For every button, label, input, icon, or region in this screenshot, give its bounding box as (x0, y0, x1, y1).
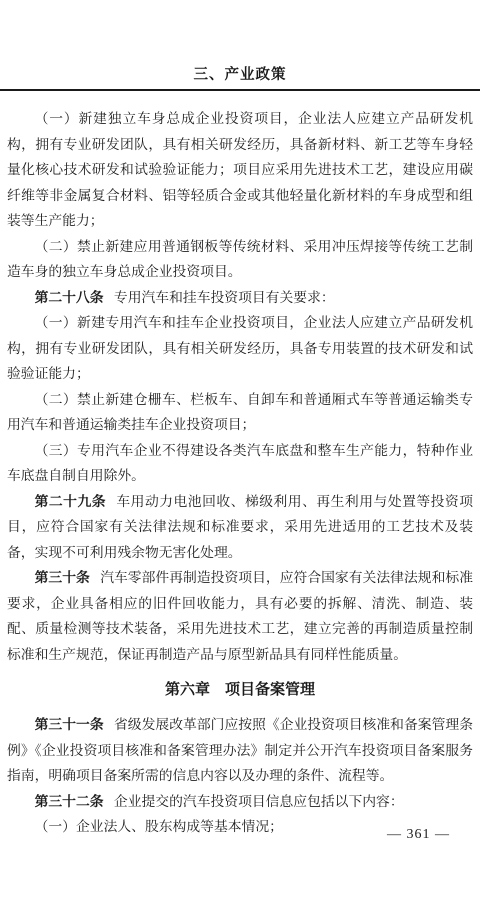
page-footer: — 361 — (387, 827, 450, 843)
paragraph: 第三十条汽车零部件再制造投资项目，应符合国家有关法律法规和标准要求，企业具备相应… (7, 565, 473, 667)
article-number: 第三十二条 (35, 794, 104, 809)
paragraph: （二）禁止新建应用普通钢板等传统材料、采用冲压焊接等传统工艺制造车身的独立车身总… (7, 234, 473, 285)
paragraph: （一）新建专用汽车和挂车企业投资项目，企业法人应建立产品研发机构，拥有专业研发团… (7, 310, 473, 387)
paragraph: 第三十一条省级发展改革部门应按照《企业投资项目核准和备案管理条例》《企业投资项目… (7, 712, 473, 789)
article-number: 第三十一条 (35, 717, 104, 732)
paragraph: （一）新建独立车身总成企业投资项目，企业法人应建立产品研发机构，拥有专业研发团队… (7, 106, 473, 234)
paragraph: 第二十八条专用汽车和挂车投资项目有关要求： (7, 285, 473, 311)
document-body: （一）新建独立车身总成企业投资项目，企业法人应建立产品研发机构，拥有专业研发团队… (0, 106, 480, 840)
paragraph: （三）专用汽车企业不得建设各类汽车底盘和整车生产能力，特种作业车底盘自制自用除外… (7, 438, 473, 489)
document-page: 三、产业政策 （一）新建独立车身总成企业投资项目，企业法人应建立产品研发机构，拥… (0, 0, 480, 906)
page-number: — 361 — (387, 827, 450, 843)
paragraph: （二）禁止新建仓栅车、栏板车、自卸车和普通厢式车等普通运输类专用汽车和普通运输类… (7, 387, 473, 438)
page-header: 三、产业政策 (0, 0, 480, 91)
article-number: 第二十八条 (35, 290, 104, 305)
article-number: 第二十九条 (35, 494, 106, 509)
paragraph: 第三十二条企业提交的汽车投资项目信息应包括以下内容： (7, 789, 473, 815)
header-rule (0, 89, 480, 91)
paragraph: 第二十九条车用动力电池回收、梯级利用、再生利用与处置等投资项目，应符合国家有关法… (7, 489, 473, 566)
article-number: 第三十条 (35, 570, 90, 585)
chapter-heading: 第六章 项目备案管理 (7, 680, 473, 700)
running-header-title: 三、产业政策 (0, 66, 480, 84)
